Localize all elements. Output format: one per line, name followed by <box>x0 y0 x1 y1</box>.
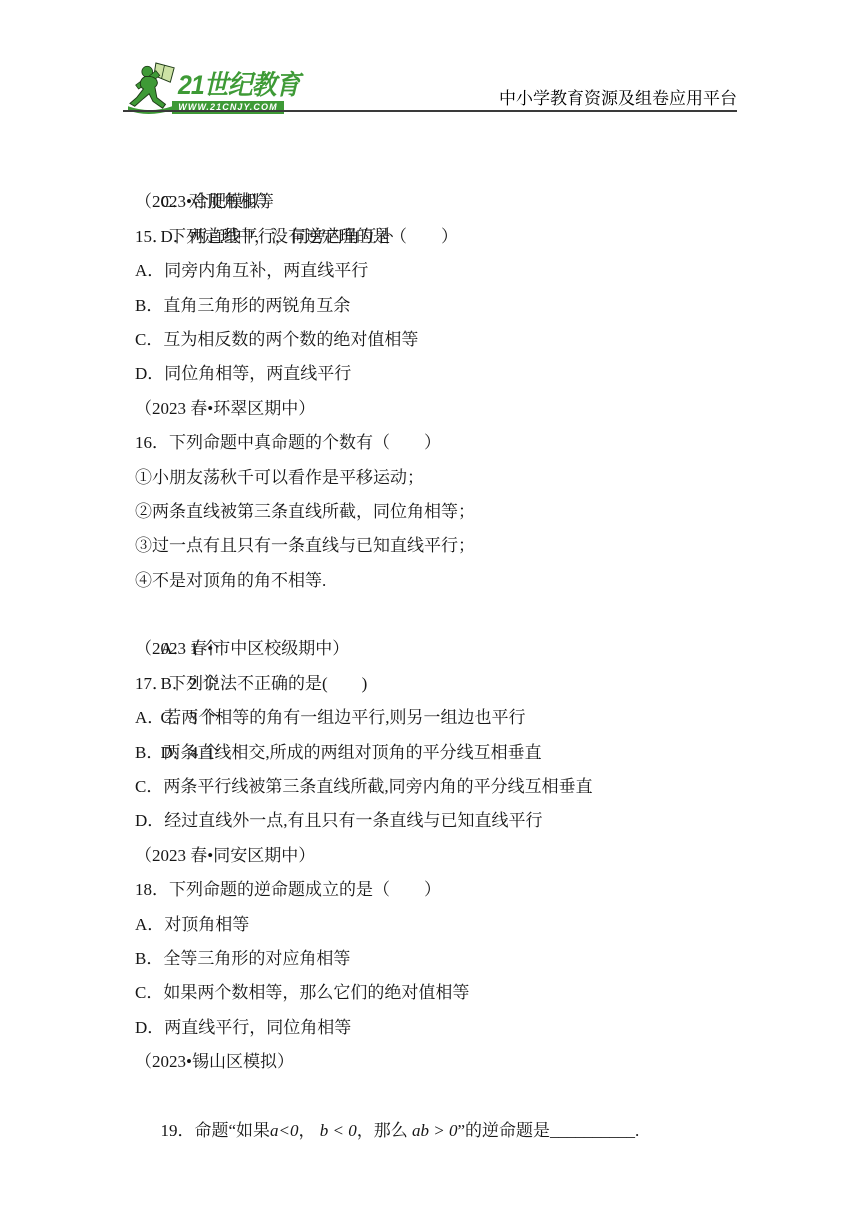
question-15: 15．下列定理中，没有逆定理的是（ ） <box>135 220 735 254</box>
q16-statement-2: ②两条直线被第三条直线所截，同位角相等； <box>135 495 735 529</box>
q19-text-tail: ”的逆命题是 <box>458 1121 551 1140</box>
question-18: 18．下列命题的逆命题成立的是（ ） <box>135 873 735 907</box>
q18-option-b: B．全等三角形的对应角相等 <box>135 942 735 976</box>
q19-source: （2023•锡山区模拟） <box>135 1045 735 1079</box>
platform-title: 中小学教育资源及组卷应用平台 <box>499 89 737 109</box>
q15-option-b: B．直角三角形的两锐角互余 <box>135 289 735 323</box>
q19-text: 19．命题“如果 <box>161 1121 271 1140</box>
q14-options-cd: C．对顶角相等 D．两直线平行，同旁内角互补 <box>135 151 735 185</box>
q17-option-a: A．若两个相等的角有一组边平行,则另一组边也平行 <box>135 701 735 735</box>
worksheet-content: C．对顶角相等 D．两直线平行，同旁内角互补 （2023•合肥模拟） 15．下列… <box>135 151 735 1114</box>
q18-option-c: C．如果两个数相等，那么它们的绝对值相等 <box>135 976 735 1010</box>
answer-blank: __________ <box>550 1121 635 1140</box>
q19-text-then: ，那么 <box>357 1121 412 1140</box>
runner-with-book-icon <box>128 62 178 114</box>
q18-option-a: A．对顶角相等 <box>135 908 735 942</box>
q18-option-d: D．两直线平行，同位角相等 <box>135 1011 735 1045</box>
q18-source: （2023 春•同安区期中） <box>135 839 735 873</box>
q19-comma-1: ， <box>299 1121 320 1140</box>
q19-math-b: b < 0 <box>320 1121 357 1140</box>
q16-statement-3: ③过一点有且只有一条直线与已知直线平行； <box>135 529 735 563</box>
brand-text: 21世纪教育 <box>178 72 299 99</box>
q16-statement-4: ④不是对顶角的角不相等. <box>135 564 735 598</box>
q17-source: （2023 春•市中区校级期中） <box>135 632 735 666</box>
q17-option-b: B．两条直线相交,所成的两组对顶角的平分线互相垂直 <box>135 736 735 770</box>
q15-option-c: C．互为相反数的两个数的绝对值相等 <box>135 323 735 357</box>
question-16: 16．下列命题中真命题的个数有（ ） <box>135 426 735 460</box>
q15-option-a: A．同旁内角互补，两直线平行 <box>135 254 735 288</box>
q19-math-ab: ab > 0 <box>412 1121 457 1140</box>
q19-math-a: a<0 <box>270 1121 298 1140</box>
q16-source: （2023 春•环翠区期中） <box>135 392 735 426</box>
logo: 21世纪教育 WWW.21CNJY.COM <box>128 60 388 116</box>
q17-option-c: C．两条平行线被第三条直线所截,同旁内角的平分线互相垂直 <box>135 770 735 804</box>
q16-statement-1: ①小朋友荡秋千可以看作是平移运动； <box>135 461 735 495</box>
question-17: 17．下列说法不正确的是( ) <box>135 667 735 701</box>
q16-options-row: A．1 个 B．2 个 C．3 个 D．4 个 <box>135 598 735 632</box>
site-url-bar: WWW.21CNJY.COM <box>172 101 284 114</box>
question-19: 19．命题“如果a<0， b < 0，那么 ab > 0”的逆命题是______… <box>135 1080 735 1114</box>
q17-option-d: D．经过直线外一点,有且只有一条直线与已知直线平行 <box>135 804 735 838</box>
header-divider <box>123 110 737 112</box>
document-page: 21世纪教育 WWW.21CNJY.COM 中小学教育资源及组卷应用平台 C．对… <box>0 0 860 1216</box>
q19-period: . <box>635 1121 639 1140</box>
q15-option-d: D．同位角相等，两直线平行 <box>135 357 735 391</box>
